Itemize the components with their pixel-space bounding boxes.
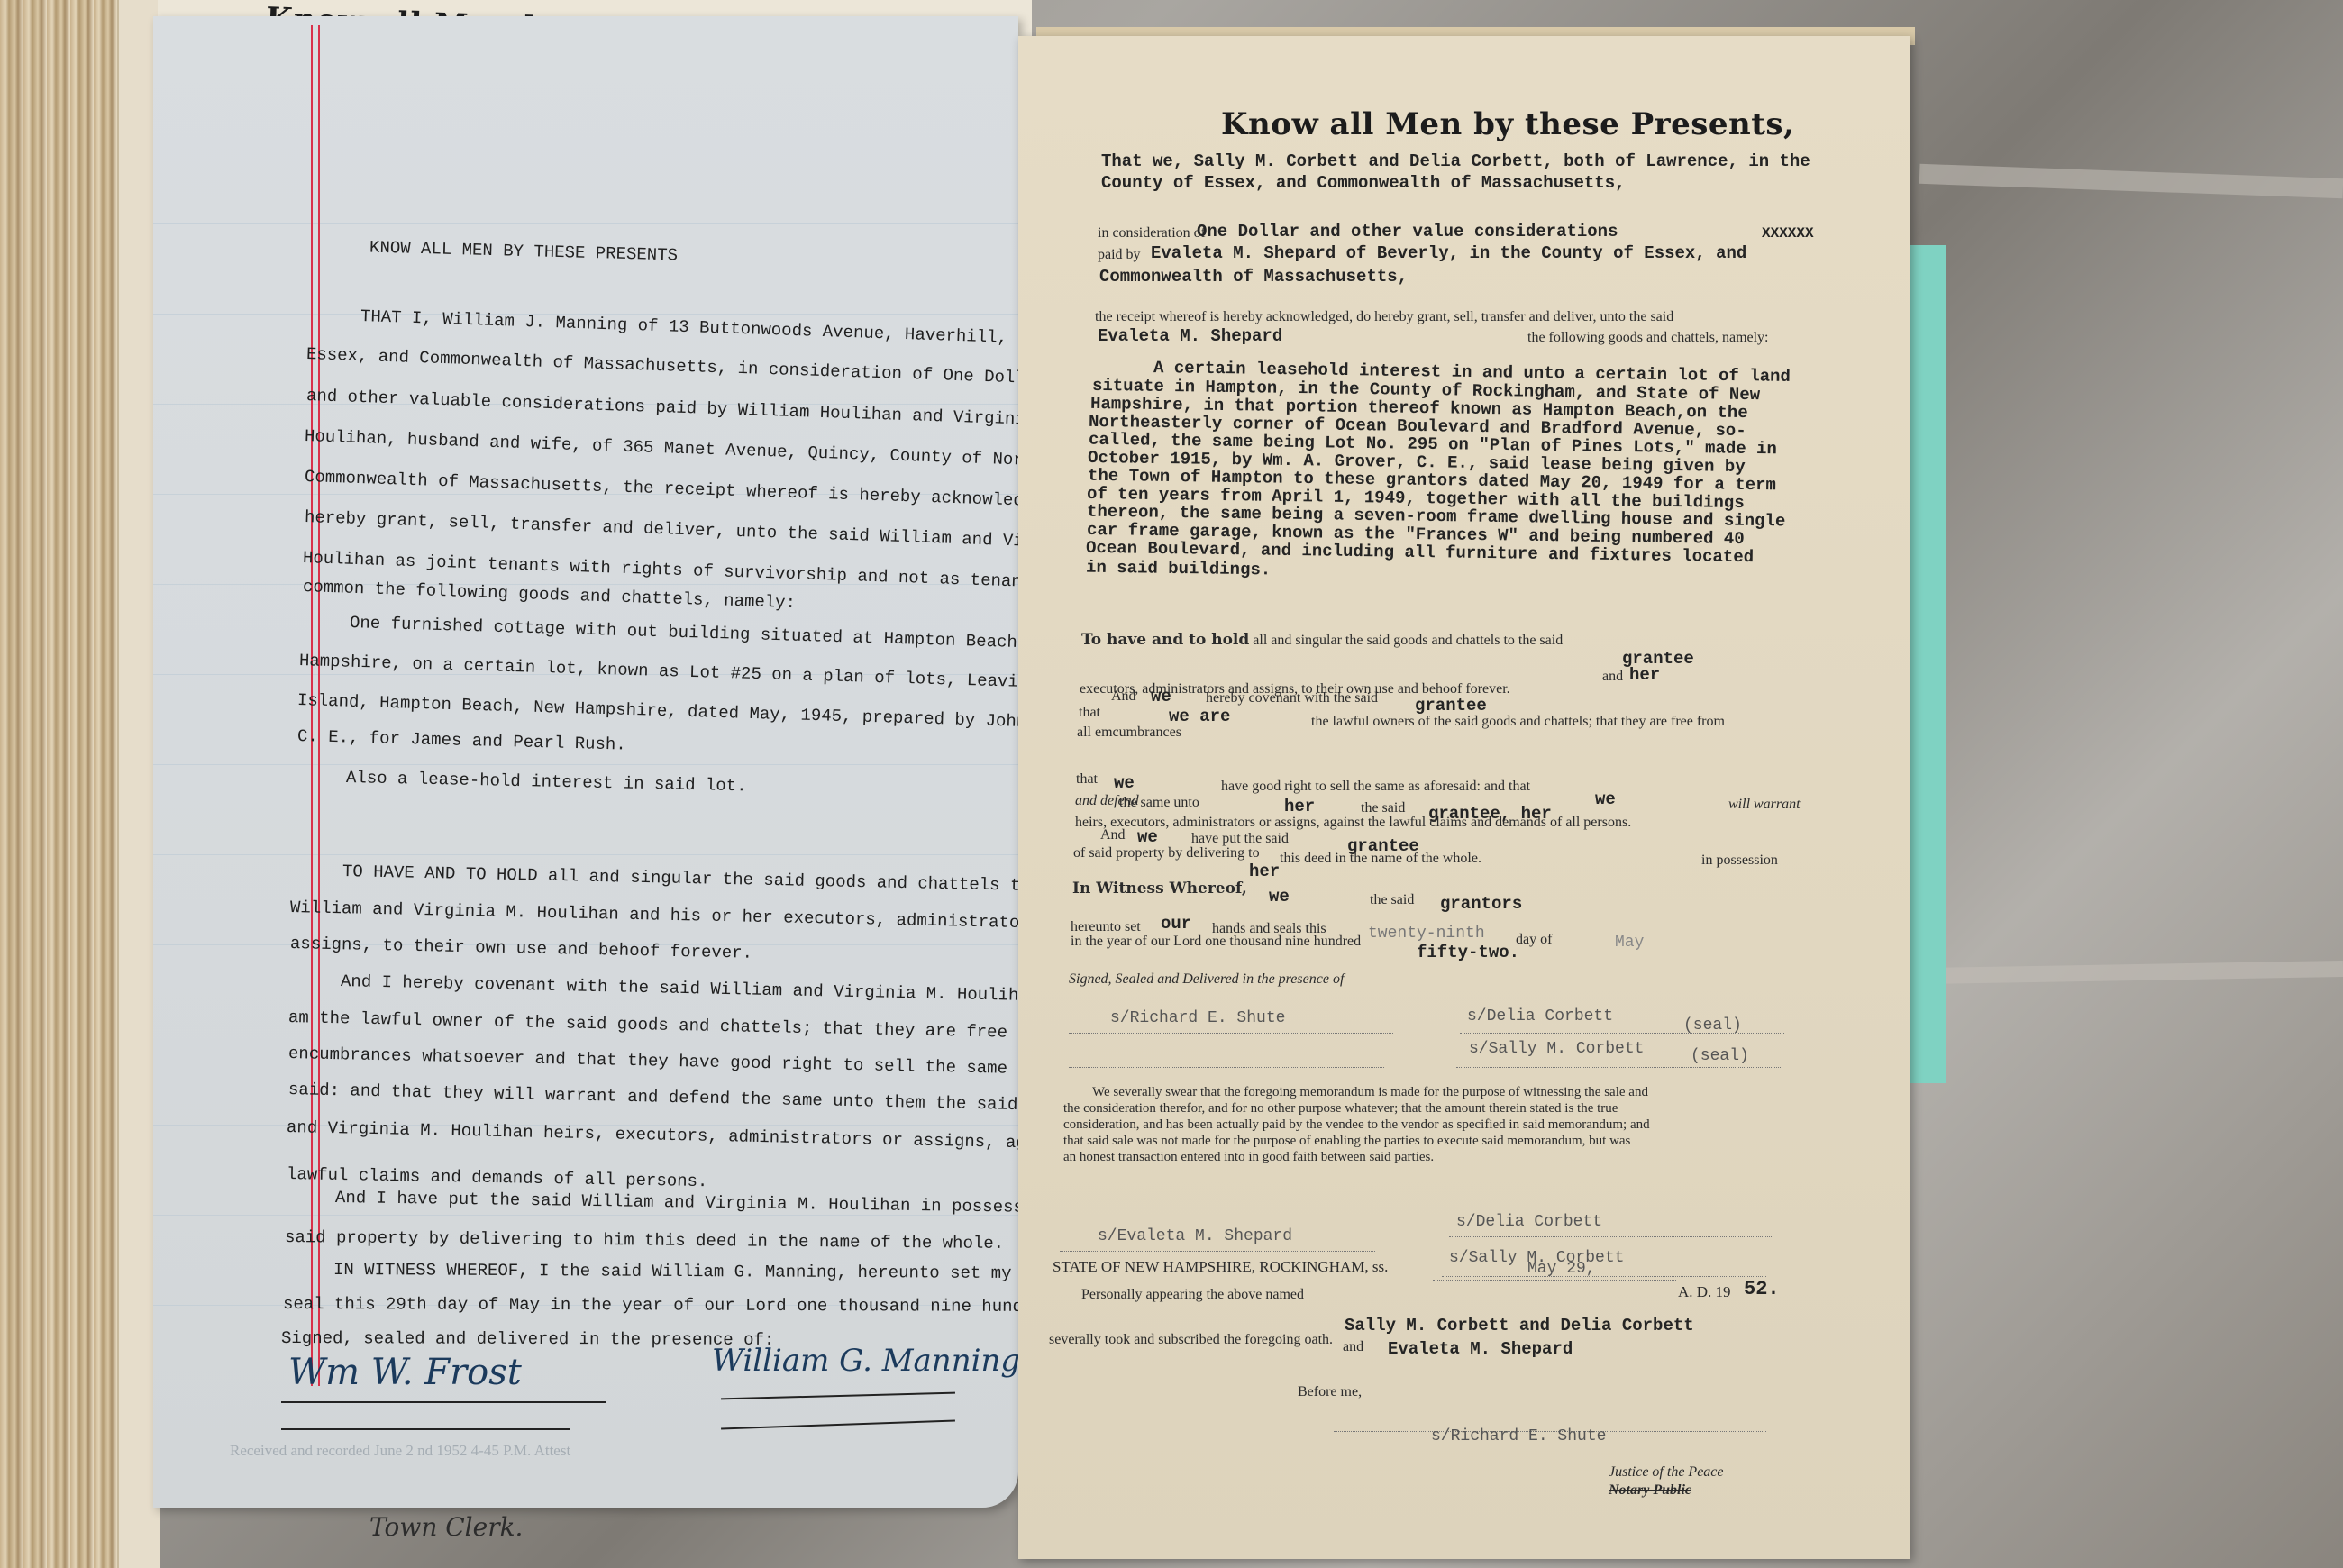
signature-line	[1069, 1033, 1393, 1034]
oath-line: an honest transaction entered into in go…	[1063, 1150, 1434, 1165]
in-possession: in possession	[1701, 852, 1778, 869]
signed-sealed-label: Signed, Sealed and Delivered in the pres…	[1069, 971, 1344, 988]
signature-line	[281, 1428, 570, 1430]
and-label: And	[1111, 688, 1136, 705]
appearing-label: Personally appearing the above named	[1081, 1287, 1304, 1303]
took-oath: severally took and subscribed the forego…	[1049, 1332, 1333, 1348]
intro-line: County of Essex, and Commonwealth of Mas…	[1101, 173, 1626, 193]
habendum-text: the lawful owners of the said goods and …	[1311, 714, 1725, 730]
oath-grantee-signature: s/Evaleta M. Shepard	[1098, 1227, 1292, 1245]
deed-line: IN WITNESS WHEREOF, I the said William G…	[333, 1260, 1063, 1283]
seal-label: (seal)	[1683, 1016, 1742, 1035]
officer-title: Justice of the Peace	[1609, 1464, 1724, 1481]
background-stone-seam	[1928, 961, 2343, 984]
fill-her: her	[1629, 665, 1660, 685]
fill-day: twenty-ninth	[1368, 925, 1485, 943]
habendum-text: have good right to sell the same as afor…	[1221, 779, 1530, 795]
deed-line: Signed, sealed and delivered in the pres…	[281, 1328, 774, 1350]
grantor-signature: William G. Manning	[712, 1343, 1020, 1379]
signature-line	[1060, 1251, 1375, 1252]
background-stone-seam	[1919, 164, 2343, 198]
habendum-line: To have and to hold all and singular the…	[1081, 631, 1563, 649]
fill-we: we	[1114, 773, 1135, 793]
fill-month: May	[1615, 934, 1644, 952]
signature-line	[1460, 1033, 1784, 1034]
town-clerk-handwriting: Town Clerk.	[369, 1512, 523, 1542]
habendum-text: all emcumbrances	[1077, 725, 1181, 741]
witness-gothic-wrap: In Witness Whereof,	[1072, 880, 1247, 898]
date-line	[1433, 1280, 1676, 1281]
faded-recording-note: Received and recorded June 2 nd 1952 4-4…	[230, 1442, 570, 1460]
and-label: and	[1343, 1339, 1363, 1355]
fill-her: her	[1284, 797, 1315, 816]
fill-we: we	[1151, 687, 1171, 707]
fill-we: we	[1595, 789, 1616, 809]
ruled-line	[153, 223, 1018, 224]
day-of: day of	[1516, 932, 1552, 948]
oath-line: consideration, and has been actually pai…	[1063, 1117, 1650, 1133]
ruled-line	[153, 764, 1018, 765]
consideration-strike: XXXXXX	[1762, 225, 1814, 242]
witness-signature: Wm W. Frost	[288, 1352, 522, 1393]
fill-grantors: grantors	[1440, 894, 1522, 914]
jurat-names: Evaleta M. Shepard	[1388, 1339, 1573, 1359]
the-said: the said	[1370, 892, 1414, 908]
that-label: that	[1076, 771, 1098, 788]
witness-gothic: In Witness Whereof,	[1072, 880, 1247, 898]
consideration-label: in consideration of	[1098, 225, 1206, 242]
and-label: And	[1100, 827, 1126, 843]
oath-line: the consideration therefor, and for no o…	[1063, 1101, 1618, 1117]
struck-officer-title: Notary Public	[1609, 1482, 1691, 1499]
grantor-typed-signature: s/Sally M. Corbett	[1469, 1040, 1644, 1058]
habendum-text: hereby covenant with the said	[1206, 690, 1378, 707]
state-line: STATE OF NEW HAMPSHIRE, ROCKINGHAM, ss.	[1053, 1258, 1388, 1276]
fill-we-are: we are	[1169, 707, 1230, 726]
green-index-tab	[1910, 245, 1946, 1083]
before-me: Before me,	[1298, 1384, 1362, 1400]
consideration-value: One Dollar and other value consideration…	[1197, 222, 1618, 242]
left-deed-page	[153, 16, 1018, 1508]
description-line: in said buildings.	[1086, 558, 1272, 580]
fill-our: our	[1161, 914, 1191, 934]
fill-year: fifty-two.	[1417, 943, 1519, 962]
and-label: and	[1602, 669, 1623, 685]
officer-signature: s/Richard E. Shute	[1431, 1427, 1606, 1445]
signature-line	[1449, 1236, 1773, 1237]
fill-we: we	[1137, 827, 1158, 847]
oath-line: We severally swear that the foregoing me…	[1092, 1085, 1648, 1100]
signature-line	[1442, 1276, 1766, 1277]
that-label: that	[1079, 705, 1100, 721]
goods-label: the following goods and chattels, namely…	[1527, 330, 1769, 346]
signature-line	[1456, 1067, 1781, 1068]
paid-by-value-2: Commonwealth of Massachusetts,	[1099, 267, 1408, 287]
jurat-names: Sally M. Corbett and Delia Corbett	[1345, 1316, 1694, 1336]
deed-line: seal this 29th day of May in the year of…	[283, 1294, 1053, 1317]
oath-grantor-signature: s/Delia Corbett	[1456, 1213, 1602, 1231]
right-page-title: Know all Men by these Presents,	[1221, 106, 1794, 142]
jurat-date: May 29,	[1527, 1260, 1596, 1278]
seal-label: (seal)	[1691, 1047, 1749, 1065]
jurat-year: 52.	[1744, 1278, 1780, 1300]
signature-line	[281, 1401, 606, 1403]
habendum-text: this deed in the name of the whole.	[1280, 851, 1481, 867]
receipt-line: the receipt whereof is hereby acknowledg…	[1095, 309, 1673, 325]
habendum-text: all and singular the said goods and chat…	[1253, 633, 1563, 648]
grantee-name: Evaleta M. Shepard	[1098, 326, 1282, 346]
habendum-text: of said property by delivering to	[1073, 845, 1260, 861]
fill-we: we	[1269, 887, 1290, 907]
habendum-text: heirs, executors, administrators or assi…	[1075, 815, 1631, 831]
will-warrant: will warrant	[1728, 797, 1801, 813]
year-text: in the year of our Lord one thousand nin…	[1071, 934, 1361, 950]
habendum-text: the same unto	[1119, 795, 1199, 811]
paid-by-label: paid by	[1098, 247, 1141, 263]
habendum-gothic: To have and to hold	[1081, 631, 1249, 649]
fill-grantee: grantee	[1415, 696, 1487, 716]
paid-by-value: Evaleta M. Shepard of Beverly, in the Co…	[1151, 243, 1746, 263]
grantor-typed-signature: s/Delia Corbett	[1467, 1007, 1613, 1026]
signature-line	[1069, 1067, 1384, 1068]
oath-line: that said sale was not made for the purp…	[1063, 1134, 1630, 1149]
witness-typed-signature: s/Richard E. Shute	[1110, 1009, 1285, 1027]
ruled-line	[153, 854, 1018, 855]
intro-line: That we, Sally M. Corbett and Delia Corb…	[1101, 151, 1810, 171]
fill-her: her	[1249, 861, 1280, 881]
ad-label: A. D. 19	[1678, 1283, 1731, 1301]
